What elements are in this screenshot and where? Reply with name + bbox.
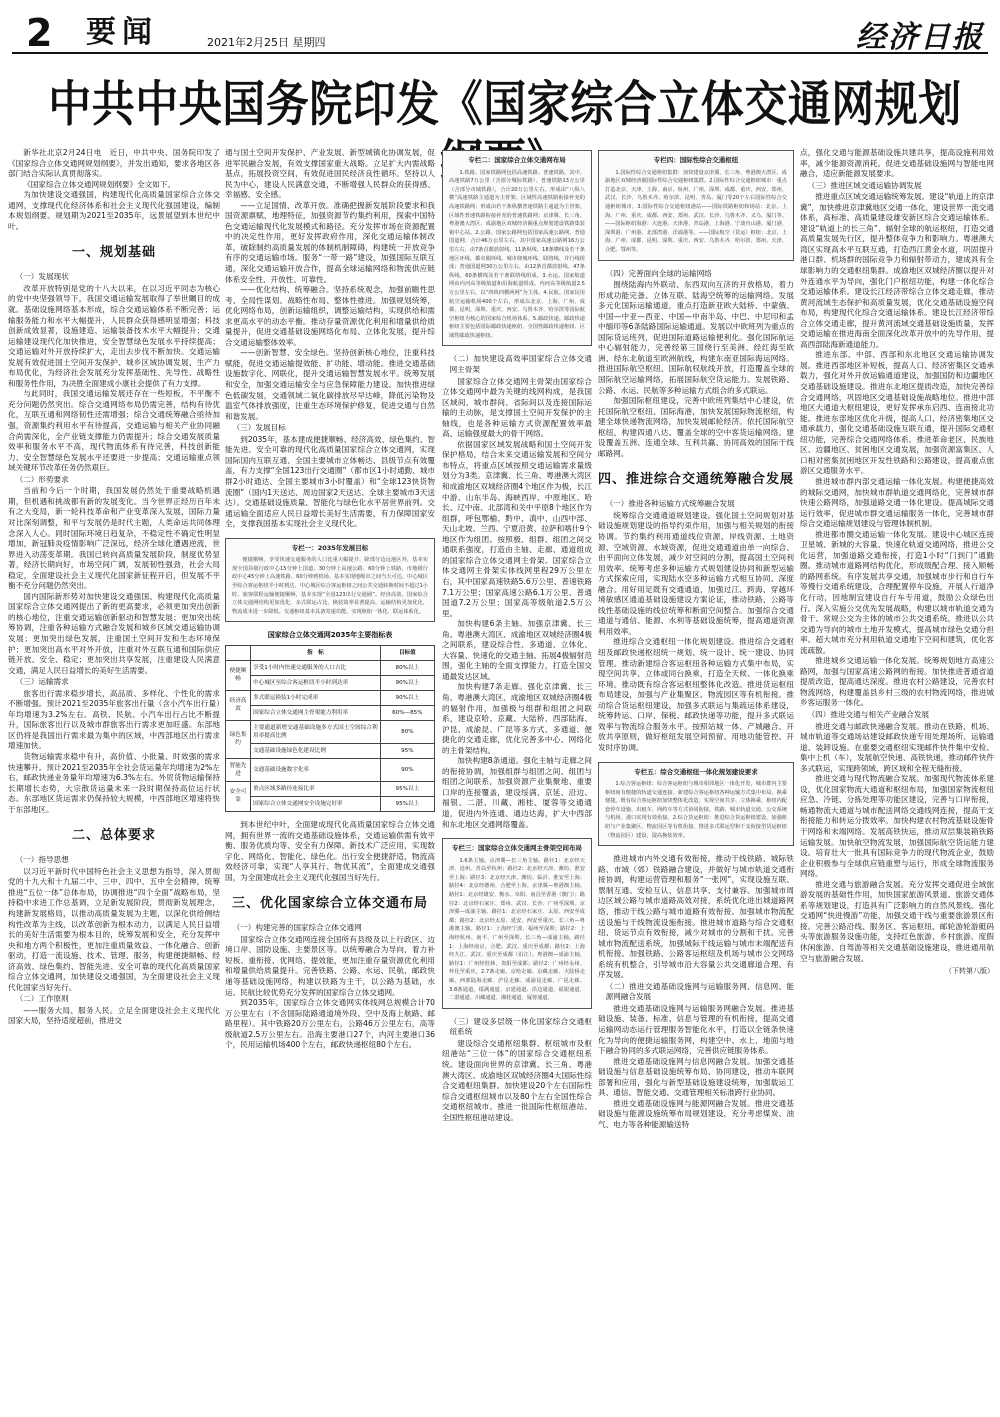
paragraph: 围绕陆海内外联动、东西双向互济的开放格局，着力形成功能完备、立体互联、陆海空统筹… — [598, 280, 794, 396]
section-heading-optimize-layout: 三、优化国家综合立体交通布局 — [225, 893, 435, 915]
paragraph: 推进城乡交通运输一体化发展。统筹规划地方高速公路网，加强与国家高速公路网的衔接。… — [800, 656, 994, 709]
page-number: 2 — [26, 14, 52, 52]
table-row: 交通基础设施绿色化建设比例 95% — [226, 743, 435, 758]
paragraph: ——服务大局、服务人民。立足全面建设社会主义现代化国家大局，坚持适度超前，推进交 — [8, 1006, 220, 1027]
paragraph: 推进交通基础设施网与能源网融合发展。推进交通基础设施与能源设施统筹布局规划建设，… — [598, 1099, 794, 1131]
box-title: 专栏五：综合交通枢纽一体化规划建设要求 — [605, 768, 787, 777]
subheading: （三）发展目标 — [225, 423, 435, 434]
paragraph: ——优化结构、统筹融合。坚持系统观念，加强前瞻性思考、全局性谋划、战略性布局、整… — [225, 285, 435, 348]
table-category: 安全可靠 — [226, 781, 251, 811]
table-row: 绿色集约 主要通道新增交通基础设施多方式国土空间综合利用率提高比例 80% — [226, 720, 435, 743]
subheading: （二）形势要求 — [8, 475, 220, 486]
table-cell: 多式联运换装1小时完成率 — [251, 690, 381, 705]
publication-date: 2021年2月25日 星期四 — [207, 34, 326, 50]
newspaper-logo: 经济日报 — [856, 12, 984, 56]
table-row: 中心城区至综合客运枢纽半小时到达率 90%以上 — [226, 675, 435, 690]
box-title: 专栏一：2035年发展目标 — [232, 544, 428, 553]
section-heading-integrated-development: 四、推进综合交通统筹融合发展 — [598, 469, 794, 491]
table-value: 60%—85% — [380, 705, 434, 720]
box-text: 1.综合客运枢纽：综合客运枢纽与城市相邻地区一体化开发，城市群内主要枢纽间有便捷… — [605, 780, 787, 840]
subheading: （一）发展现状 — [8, 272, 220, 283]
article-column-2: 通与国土空间开发保护、产业发展、新型城镇化协调发展，促进军民融合发展，有效支撑国… — [225, 148, 435, 1413]
table-value: 95% — [380, 743, 434, 758]
paragraph: 旅客出行需求稳步增长，高品质、多样化、个性化的需求不断增强。预计2021至203… — [8, 689, 220, 752]
table-value: 90% — [380, 758, 434, 781]
paragraph: 与此同时，我国交通运输发展还存在一些短板，不平衡不充分问题仍然突出。综合交通网络… — [8, 389, 220, 473]
paragraph: 推进综合交通枢纽一体化规划建设。推进综合交通枢纽及邮政快递枢纽统一规划、统一设计… — [598, 637, 794, 753]
table-cell: 国家综合立体交通网主骨架能力利用率 — [251, 705, 381, 720]
paragraph: 推进城市群内部交通运输一体化发展。构建便捷高效的城际交通网，加快城市群轨道交通网… — [800, 477, 994, 530]
table-cell: 中心城区至综合客运枢纽半小时到达率 — [251, 675, 381, 690]
table-header — [226, 645, 251, 660]
paragraph: 推进东部、中部、西部和东北地区交通运输协调发展。推进西部地区补短板，提高人口、经… — [800, 350, 994, 477]
paragraph: 点，强化交通与能源基础设施共建共享，提高设施利用效率，减少能源资源消耗。促进交通… — [800, 148, 994, 180]
indicator-table-title: 国家综合立体交通网2035年主要指标表 — [225, 630, 435, 641]
table-cell: 重点区域多路径连接比率 — [251, 781, 381, 796]
subheading: （二）推进交通基础设施网与运输服务网、信息网、能源网融合发展 — [598, 982, 794, 1003]
table-value: 90%以上 — [380, 690, 434, 705]
subheading: （二）加快建设高效率国家综合立体交通网主骨架 — [442, 354, 592, 375]
box-title: 专栏四：国际性综合交通枢纽 — [605, 156, 787, 165]
paragraph: 推进都市圈交通运输一体化发展。建设中心城区连接卫星城、新城的大容量、快速化轨道交… — [800, 530, 994, 657]
paragraph: 国内国际新形势对加快建设交通强国、构建现代化高质量国家综合立体交通网提出了新的更… — [8, 592, 220, 676]
paragraph: 国家综合立体交通网主骨架由国家综合立体交通网中最为关键的线网构成，是我国区域间、… — [442, 377, 592, 440]
table-category: 智能先进 — [226, 758, 251, 781]
box-title: 专栏三：国家综合立体交通网主骨架空间布局 — [449, 844, 585, 853]
subheading: （四）推进交通与相关产业融合发展 — [800, 710, 994, 721]
subheading: （一）指导思想 — [8, 855, 220, 866]
paragraph: 加强国际枢纽建设，完善中欧班列集结中心建设，依托国际航空枢纽、国际海港，加快发展… — [598, 396, 794, 459]
table-row: 国家综合立体交通网主骨架能力利用率 60%—85% — [226, 705, 435, 720]
paragraph: ——立足国情、改革开放。准确把握新发展阶段要求和我国资源禀赋、地理特征，加强资源… — [225, 201, 435, 285]
box-text: 1.国际性综合交通枢纽集群：加快建设京津冀、长三角、粤港澳大湾区、成渝地区双城经… — [605, 169, 787, 255]
paragraph: 推进重点区域交通运输统筹发展。建设“轨道上的京津冀”，加快推进京津冀地区交通一体… — [800, 192, 994, 350]
paragraph: 推进交通基础设施网与信息网融合发展。加强交通基础设施与信息基础设施统筹布局、协同… — [598, 1057, 794, 1099]
article-column-4: 专栏四：国际性综合交通枢纽 1.国际性综合交通枢纽集群：加快建设京津冀、长三角、… — [598, 148, 794, 1413]
paragraph: 加快构建6条主轴。加强京津冀、长三角、粤港澳大湾区、成渝地区双城经济圈4极之间联… — [442, 619, 592, 682]
table-category: 绿色集约 — [226, 720, 251, 758]
table-row: 安全可靠 重点区域多路径连接比率 95%以上 — [226, 781, 435, 796]
paragraph: 改革开放特别是党的十八大以来，在以习近平同志为核心的党中央坚强领导下，我国交通运… — [8, 284, 220, 389]
table-category: 经济高效 — [226, 690, 251, 720]
table-cell: 国家综合立体交通网安全设施完好率 — [251, 796, 381, 811]
sidebar-box-hub-requirements: 专栏五：综合交通枢纽一体化规划建设要求 1.综合客运枢纽：综合客运枢纽与城市相邻… — [598, 762, 794, 847]
paragraph: 通与国土空间开发保护、产业发展、新型城镇化协调发展，促进军民融合发展，有效支撑国… — [225, 148, 435, 201]
subheading: （三）运输需求 — [8, 677, 220, 688]
section-heading-planning-basis: 一、规划基础 — [8, 242, 220, 264]
paragraph: 《国家综合立体交通网规划纲要》全文如下。 — [8, 180, 220, 191]
table-row: 便捷顺畅 享受1小时内快速交通服务的人口占比 80%以上 — [226, 660, 435, 675]
article-column-5: 点，强化交通与能源基础设施共建共享，提高设施利用效率，减少能源资源消耗。促进交通… — [800, 148, 994, 1413]
paragraph: 推进交通基础设施网与运输服务网融合发展。推进基础设施、装备、标准、信息与管理的有… — [598, 1004, 794, 1057]
paragraph: 建设综合交通枢纽集群、枢纽城市及枢纽港站“三位一体”的国家综合交通枢纽系统。建设… — [442, 1039, 592, 1123]
paragraph: 到2035年，基本建成便捷顺畅、经济高效、绿色集约、智能先进、安全可靠的现代化高… — [225, 435, 435, 530]
paragraph: 货物运输需求稳中有升，高价值、小批量、时效强的需求快速攀升。预计2021至203… — [8, 752, 220, 815]
table-cell: 交通基础设施数字化率 — [251, 758, 381, 781]
table-row: 经济高效 多式联运换装1小时完成率 90%以上 — [226, 690, 435, 705]
paragraph: 当前和今后一个时期，我国发展仍然处于重要战略机遇期，但机遇和挑战都有新的发展变化… — [8, 486, 220, 591]
paragraph: 为加快建设交通强国，构建现代化高质量国家综合立体交通网，支撑现代化经济体系和社会… — [8, 190, 220, 232]
table-cell: 交通基础设施绿色化建设比例 — [251, 743, 381, 758]
paragraph: 加快构建7条走廊。强化京津冀、长三角、粤港澳大湾区、成渝地区双城经济圈4极的辐射… — [442, 682, 592, 756]
table-header: 目标值 — [380, 645, 434, 660]
paragraph: 推进交通与旅游融合发展。充分发挥交通促进全域旅游发展的基础性作用，加快国家旅游风… — [800, 880, 994, 964]
section-name: 要闻 — [86, 16, 158, 50]
sidebar-box-network-layout: 专栏二：国家综合立体交通网布局 1.铁路。国家铁路网包括高速铁路、普速铁路。其中… — [442, 150, 592, 346]
sidebar-box-main-skeleton: 专栏三：国家综合立体交通网主骨架空间布局 1.6条主轴。京津冀—长三角主轴。路径… — [442, 838, 592, 1009]
table-value: 80% — [380, 720, 434, 743]
paragraph: ——创新智慧、安全绿色。坚持创新核心地位，注重科技赋能，促进交通运输提效能、扩功… — [225, 348, 435, 422]
sidebar-box-2035-goals: 专栏一：2035年发展目标 便捷顺畅。享受快速交通服务的人口比重大幅提升，除部分… — [225, 538, 435, 623]
sidebar-box-international-hubs: 专栏四：国际性综合交通枢纽 1.国际性综合交通枢纽集群：加快建设京津冀、长三角、… — [598, 150, 794, 261]
table-category: 便捷顺畅 — [226, 660, 251, 690]
subheading: （二）工作原则 — [8, 994, 220, 1005]
table-header: 指 标 — [251, 645, 381, 660]
paragraph: 到本世纪中叶，全面建成现代化高质量国家综合立体交通网，拥有世界一流的交通基础设施… — [225, 820, 435, 883]
table-value: 95%以上 — [380, 796, 434, 811]
indicator-table: 指 标 目标值 便捷顺畅 享受1小时内快速交通服务的人口占比 80%以上 中心城… — [225, 645, 435, 812]
section-heading-overall-requirements: 二、总体要求 — [8, 825, 220, 847]
paragraph: 加快构建8条通道。强化主轴与走廊之间的衔接协调，加强组群与组团之间、组团与组团之… — [442, 756, 592, 830]
box-title: 专栏二：国家综合立体交通网布局 — [449, 156, 585, 165]
table-value: 95%以上 — [380, 781, 434, 796]
paragraph: 推进交通与现代物流融合发展。加强现代物流体系建设，优化国家物流大通道和枢纽布局，… — [800, 774, 994, 879]
subheading: （三）推进区域交通运输协调发展 — [800, 181, 994, 192]
table-value: 90%以上 — [380, 675, 434, 690]
paragraph: 依据国家区域发展战略和国土空间开发保护格局，结合未来交通运输发展和空间分布特点，… — [442, 440, 592, 619]
box-text: 1.6条主轴。京津冀—长三角主轴。路径1：北京经天津、沧州、青岛至杭州；路径2：… — [449, 857, 585, 1003]
article-column-3: 专栏二：国家综合立体交通网布局 1.铁路。国家铁路网包括高速铁路、普速铁路。其中… — [442, 148, 592, 1413]
table-row: 智能先进 交通基础设施数字化率 90% — [226, 758, 435, 781]
paragraph: 推进城市内外交通有效衔接。推动干线铁路、城际铁路、市域（郊）铁路融合建设，并做好… — [598, 854, 794, 981]
lead-paragraph: 新华社北京2月24日电 近日，中共中央、国务院印发了《国家综合立体交通网规划纲要… — [8, 148, 220, 180]
box-text: 1.铁路。国家铁路网包括高速铁路、普速铁路。其中，高速铁路7万公里（含部分城际铁… — [449, 169, 585, 341]
paragraph: 推进交通与邮政快递融合发展。推动在铁路、机场、城市轨道等交通场站建设邮政快递专用… — [800, 722, 994, 775]
table-row: 国家综合立体交通网安全设施完好率 95%以上 — [226, 796, 435, 811]
paragraph: 统筹综合交通通道规划建设。强化国土空间规划对基础设施规划建设的指导约束作用，加强… — [598, 511, 794, 638]
paragraph: 以习近平新时代中国特色社会主义思想为指导，深入贯彻党的十九大和十九届二中、三中、… — [8, 867, 220, 994]
subheading: （一）构建完善的国家综合立体交通网 — [225, 923, 435, 934]
box-text: 便捷顺畅。享受快速交通服务的人口比重大幅提升，除部分边远地区外，基本实现全国县级… — [232, 556, 428, 616]
table-cell: 享受1小时内快速交通服务的人口占比 — [251, 660, 381, 675]
subheading: （三）建设多层级一体化国家综合交通枢纽系统 — [442, 1017, 592, 1038]
table-cell: 主要通道新增交通基础设施多方式国土空间综合利用率提高比例 — [251, 720, 381, 743]
paragraph: 国家综合立体交通网连接全国所有县级及以上行政区、边境口岸、国防设施、主要景区等。… — [225, 935, 435, 998]
article-column-1: 新华社北京2月24日电 近日，中共中央、国务院印发了《国家综合立体交通网规划纲要… — [8, 148, 220, 1413]
table-value: 80%以上 — [380, 660, 434, 675]
subheading: （一）推进各种运输方式统筹融合发展 — [598, 499, 794, 510]
masthead: 2 要闻 2021年2月25日 星期四 经济日报 — [12, 10, 988, 54]
paragraph: 到2035年，国家综合立体交通网实体线网总规模合计70万公里左右（不含国际陆路通… — [225, 998, 435, 1051]
continued-on-page-8[interactable]: （下转第八版） — [800, 966, 994, 977]
subheading: （四）完善面向全球的运输网络 — [598, 269, 794, 280]
